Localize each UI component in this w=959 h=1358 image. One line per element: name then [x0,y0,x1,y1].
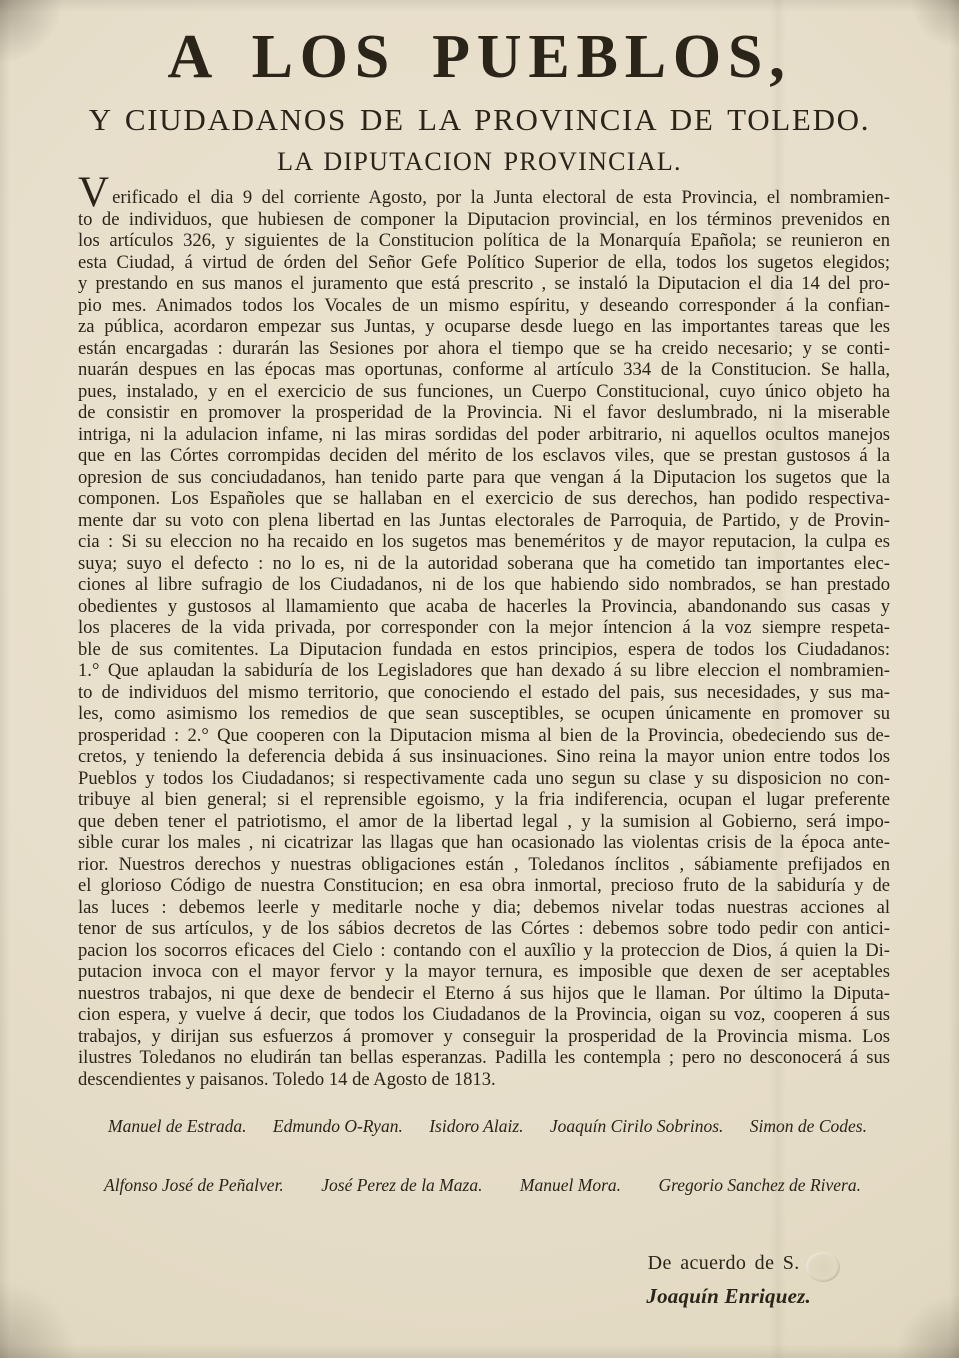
body-line: to de individuos, que hubiesen de compon… [78,209,890,231]
body-line: trabajos, y dirijan sus esfuerzos á prom… [78,1026,890,1048]
body-line: pues, instalado, y en el exercicio de su… [78,381,890,403]
signature: Alfonso José de Peñalver. [104,1175,284,1196]
body-line: pio mes. Animados todos los Vocales de u… [78,295,890,317]
body-line: rior. Nuestros derechos y nuestras oblig… [78,854,890,876]
body-line: esta Ciudad, á virtud de órden del Señor… [78,252,890,274]
signature: Edmundo O-Ryan. [273,1116,403,1137]
body-line: prosperidad : 2.° Que cooperen con la Di… [78,725,890,747]
body-line: componen. Los Españoles que se hallaban … [78,488,890,510]
body-line: za pública, acordaron empezar sus Juntas… [78,316,890,338]
masthead: A LOS PUEBLOS, Y CIUDADANOS DE LA PROVIN… [0,26,959,177]
body-line: nuarán despues en las épocas mas oportun… [78,359,890,381]
document-subtitle: Y CIUDADANOS DE LA PROVINCIA DE TOLEDO. [0,102,959,138]
body-line: de consistir en promover la prosperidad … [78,402,890,424]
body-line: 1.° Que aplaudan la sabiduría de los Leg… [78,660,890,682]
embossed-seal-icon [806,1252,840,1282]
body-line: les, como asimismo los remedios de que s… [78,703,890,725]
body-line: tenor de sus artículos, y de los sábios … [78,918,890,940]
body-lines: to de individuos, que hubiesen de compon… [78,209,890,1091]
body-line: suya; suyo el defecto : no lo es, ni de … [78,553,890,575]
issuing-body-heading: LA DIPUTACION PROVINCIAL. [0,147,959,177]
document-title: A LOS PUEBLOS, [0,26,959,88]
body-line: ble de sus comitentes. La Diputacion fun… [78,639,890,661]
body-line: cretos, y teniendo la deferencia debida … [78,746,890,768]
body-line: mente dar su voto con plena libertad en … [78,510,890,532]
closing-accord-line: De acuerdo de S. [646,1252,811,1275]
body-line: nuestros trabajos, ni que dexe de bendec… [78,983,890,1005]
body-line-first-text: erificado el dia 9 del corriente Agosto,… [112,187,890,208]
body-line: y prestando en sus manos el juramento qu… [78,273,890,295]
body-line: sible curar los males , ni cicatrizar la… [78,832,890,854]
body-line-first: Verificado el dia 9 del corriente Agosto… [78,187,890,209]
body-line: opresion de sus conciudadanos, han tenid… [78,467,890,489]
body-line: están encargadas : durarán las Sesiones … [78,338,890,360]
body-line: que deben tener el patriotismo, el amor … [78,811,890,833]
signature: Manuel Mora. [520,1175,621,1196]
body-line: que en las Córtes corrompidas deciden de… [78,445,890,467]
signature: Joaquín Cirilo Sobrinos. [550,1116,724,1137]
signature: Simon de Codes. [750,1116,867,1137]
body-line: Pueblos y todos los Ciudadanos; si respe… [78,768,890,790]
body-line: los artículos 326, y siguientes de la Co… [78,230,890,252]
body-line: to de individuos del mismo territorio, q… [78,682,890,704]
body-line: cia : Si su eleccion no ha recaido en lo… [78,531,890,553]
signature: Isidoro Alaiz. [429,1116,523,1137]
signature: Manuel de Estrada. [108,1116,247,1137]
body-line: obedientes y gustosos al llamamiento que… [78,596,890,618]
body-line: ilustres Toledanos no eludirán tan bella… [78,1047,890,1069]
body-line: cion espera, y vuelve á decir, que todos… [78,1004,890,1026]
body-line: descendientes y paisanos. Toledo 14 de A… [78,1069,890,1091]
closing-block: De acuerdo de S. Joaquín Enriquez. [646,1252,811,1309]
body-line: los placeres de la vida privada, por cor… [78,617,890,639]
body-line: pacion los socorros eficaces del Cielo :… [78,940,890,962]
proclamation-page: A LOS PUEBLOS, Y CIUDADANOS DE LA PROVIN… [0,0,959,1358]
signatures-row-2: Alfonso José de Peñalver.José Perez de l… [104,1175,861,1196]
signature: José Perez de la Maza. [321,1175,482,1196]
body-line: ciones al libre sufragio de los Ciudadan… [78,574,890,596]
closing-signer-name: Joaquín Enriquez. [646,1284,811,1309]
body-line: el glorioso Código de nuestra Constituci… [78,875,890,897]
body-text: Verificado el dia 9 del corriente Agosto… [78,187,890,1090]
signature: Gregorio Sanchez de Rivera. [658,1175,861,1196]
closing-accord-text: De acuerdo de S. [648,1252,800,1274]
body-line: tribuye al bien general; si el reprensib… [78,789,890,811]
body-line: putacion invoca con el mayor fervor y la… [78,961,890,983]
body-line: intriga, ni la adulacion infame, ni las … [78,424,890,446]
body-line: las luces : debemos leerle y meditarle n… [78,897,890,919]
signatures-row-1: Manuel de Estrada.Edmundo O-Ryan.Isidoro… [108,1116,867,1137]
